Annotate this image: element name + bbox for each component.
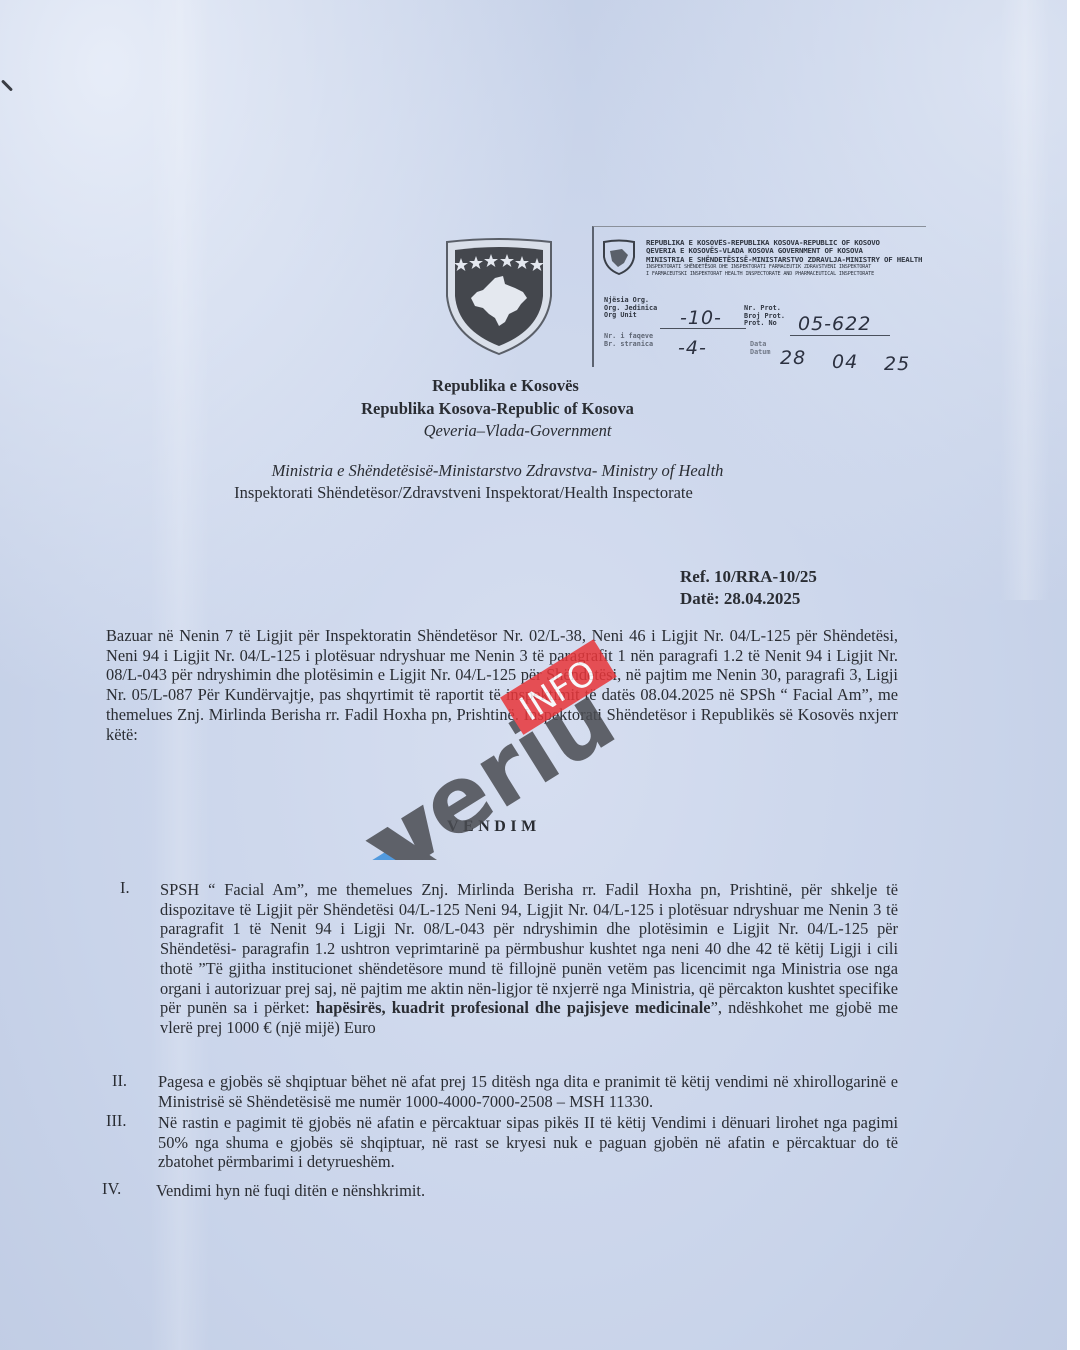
reference-date: Datë: 28.04.2025	[680, 588, 817, 610]
stamp-date-year: 25	[884, 353, 910, 375]
item-number: I.	[120, 878, 130, 898]
registry-stamp: REPUBLIKA E KOSOVËS-REPUBLIKA KOSOVA-REP…	[592, 226, 926, 367]
item-text-bold: hapësirës, kuadrit profesional dhe pajis…	[316, 998, 711, 1017]
decision-item-1: SPSH “ Facial Am”, me themelues Znj. Mir…	[160, 880, 898, 1038]
letterhead-line-1: Republika e Kosovës	[0, 376, 1039, 396]
stamp-date-day: 28	[780, 347, 806, 369]
stamp-emblem-icon	[602, 239, 636, 275]
preamble-paragraph: Bazuar në Nenin 7 të Ligjit për Inspekto…	[106, 626, 898, 744]
stamp-prot-value: 05-622	[798, 313, 871, 335]
kosovo-coat-of-arms-icon	[443, 236, 555, 356]
item-text: SPSH “ Facial Am”, me themelues Znj. Mir…	[160, 880, 898, 1017]
stamp-line	[660, 328, 746, 329]
stamp-date-labels: Data Datum	[750, 341, 770, 356]
item-number: III.	[106, 1111, 126, 1131]
letterhead-line-3: Qeveria–Vlada-Government	[0, 421, 1051, 441]
decision-item-4: Vendimi hyn në fuqi ditën e nënshkrimit.	[156, 1181, 896, 1201]
stamp-prot-labels: Nr. Prot. Broj Prot. Prot. No	[744, 305, 785, 328]
decision-item-2: Pagesa e gjobës së shqiptuar bëhet në af…	[158, 1072, 898, 1111]
inspectorate-name: Inspektorati Shëndetësor/Zdravstveni Ins…	[0, 483, 997, 503]
paper-fold	[1000, 0, 1050, 600]
item-number: II.	[112, 1071, 127, 1091]
stamp-header-line: MINISTRIA E SHËNDETËSISË-MINISTARSTVO ZD…	[646, 256, 926, 264]
document-page: REPUBLIKA E KOSOVËS-REPUBLIKA KOSOVA-REP…	[0, 0, 1067, 1350]
stamp-org-labels: Njësia Org. Org. Jedinica Org Unit	[604, 297, 657, 320]
decision-item-3: Në rastin e pagimit të gjobës në afatin …	[158, 1113, 898, 1172]
stamp-annex-value: -4-	[678, 337, 707, 359]
stamp-header: REPUBLIKA E KOSOVËS-REPUBLIKA KOSOVA-REP…	[646, 239, 926, 277]
reference-block: Ref. 10/RRA-10/25 Datë: 28.04.2025	[680, 566, 817, 610]
stamp-label: Br. stranica	[604, 341, 653, 349]
stamp-line	[790, 335, 890, 336]
letterhead-line-2: Republika Kosova-Republic of Kosova	[0, 399, 1031, 419]
stamp-org-value: -10-	[680, 307, 722, 329]
stamp-label: Prot. No	[744, 320, 785, 328]
staple-pin	[1, 79, 13, 91]
stamp-date-month: 04	[832, 351, 858, 373]
stamp-label: Datum	[750, 349, 770, 357]
reference-number: Ref. 10/RRA-10/25	[680, 566, 817, 588]
stamp-annex-labels: Nr. i faqeve Br. stranica	[604, 333, 653, 348]
stamp-label: Org Unit	[604, 312, 657, 320]
stamp-sub-line: I FARMACEUTSKI INSPEKTORAT HEALTH INSPEC…	[646, 271, 926, 277]
item-number: IV.	[102, 1179, 121, 1199]
decision-title: VENDIM	[447, 818, 541, 836]
ministry-name: Ministria e Shëndetësisë-Ministarstvo Zd…	[0, 461, 1031, 481]
